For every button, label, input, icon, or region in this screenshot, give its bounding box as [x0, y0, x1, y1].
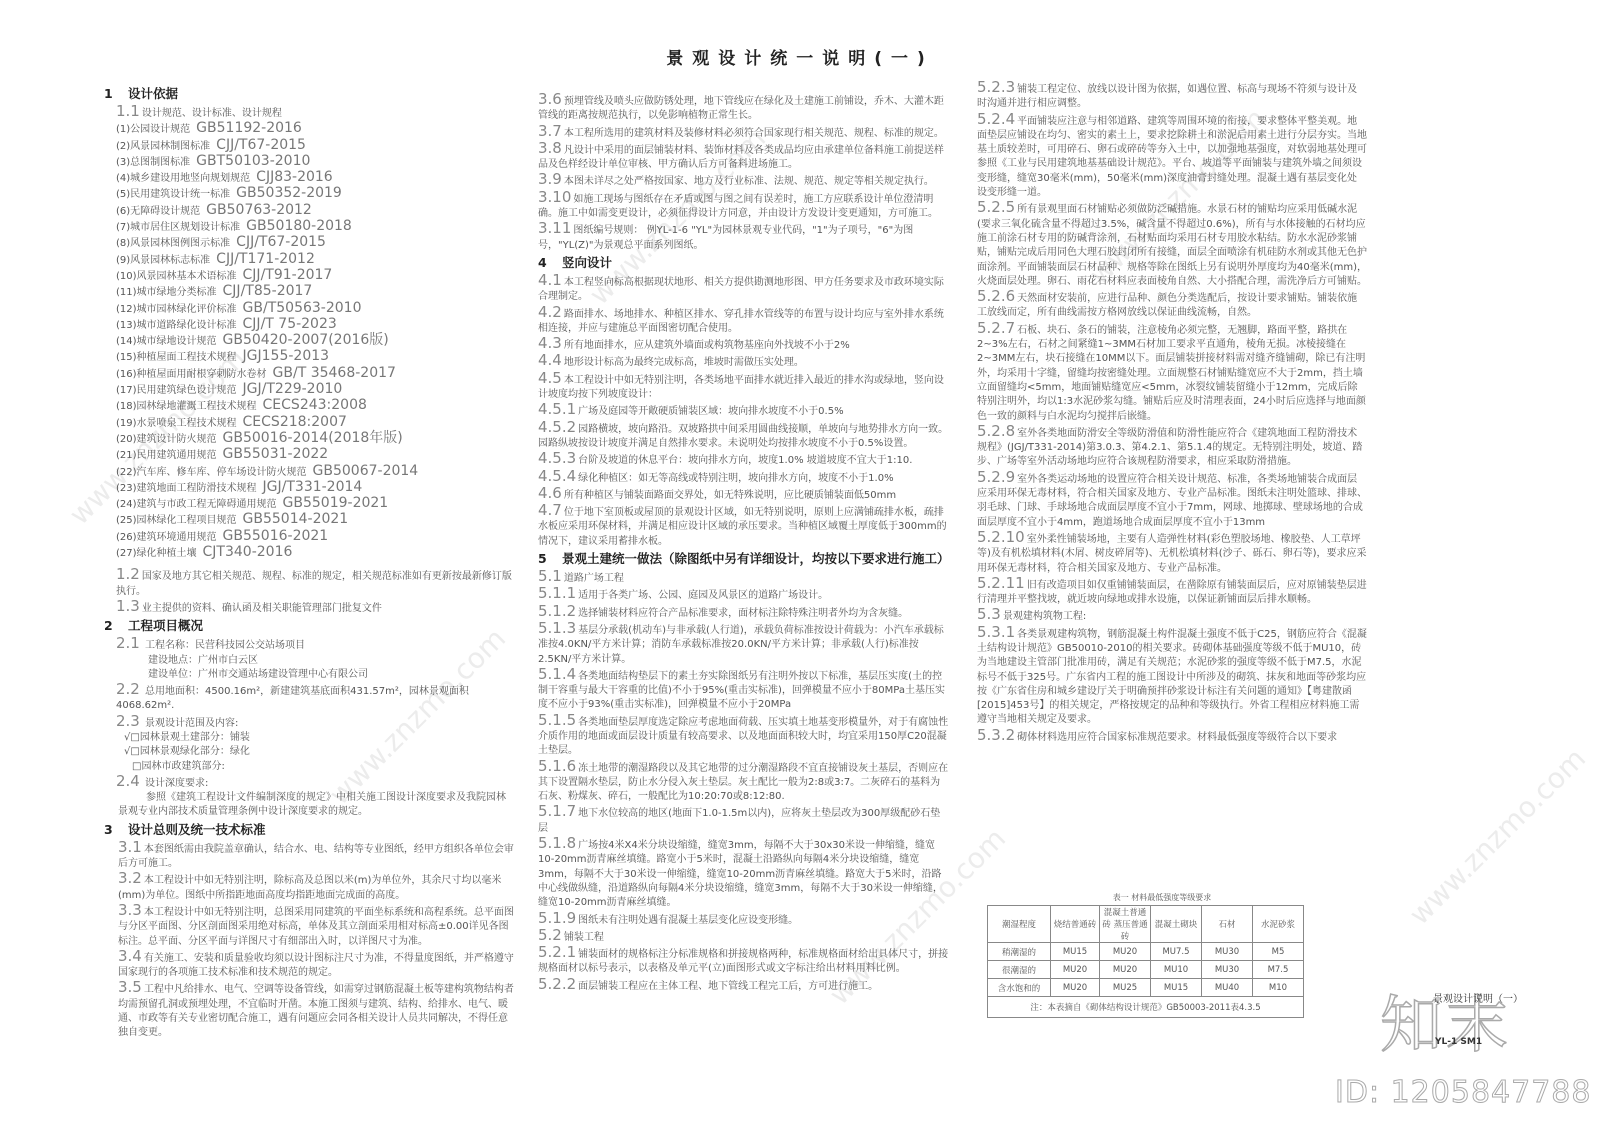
table-note: 注：本表摘自《砌体结构设计规范》GB50003-2011表4.3.5	[988, 997, 1304, 1018]
item-text: 预埋管线及喷头应做防锈处理，地下管线应在绿化及土建施工前铺设，乔木、大灌木距管线…	[538, 96, 944, 121]
section-2-heading: 2工程项目概况	[104, 618, 514, 634]
standard-code: JGJ155-2013	[243, 348, 330, 364]
column-2: 3.6预埋管线及喷头应做防锈处理，地下管线应在绿化及土建施工前铺设，乔木、大灌木…	[538, 92, 950, 994]
standard-name: 总图制图标准	[130, 157, 190, 168]
standard-name: 园林绿地灌溉工程技术规程	[137, 401, 257, 412]
item-text: 铺装工程定位、放线以设计图为依据，如遇位置、标高与现场不符须与设计及时沟通并进行…	[977, 84, 1357, 109]
standard-code: CJJ/T171-2012	[216, 251, 315, 267]
item-text: 铺装面材的规格标注分标准规格和拼接规格两种，标准规格面材给出具体尺寸，拼接规格面…	[538, 949, 948, 974]
standard-name: 无障碍设计规范	[130, 206, 200, 217]
list-item: 3.2本工程设计中如无特别注明，除标高及总图以米(m)为单位外，其余尺寸均以毫米…	[118, 871, 514, 903]
standard-name: 汽车库、修车库、停车场设计防火规范	[137, 467, 307, 478]
standard-index: (6)	[116, 206, 130, 217]
standard-index: (5)	[116, 189, 130, 200]
table-cell: MU20	[1100, 943, 1151, 961]
material-strength-table: 潮湿程度 烧结普通砖 混凝土普通砖 蒸压普通砖 混凝土砌块 石材 水泥砂浆 稍潮…	[987, 905, 1304, 1018]
item-number: 4.3	[538, 334, 562, 352]
table-cell: MU40	[1202, 979, 1253, 997]
list-item: 5.2.6天然面材安装前，应进行品种、颜色分类选配后，按设计要求铺贴。铺装依施工…	[977, 289, 1367, 321]
watermark-id: ID: 1205847788	[1335, 1075, 1591, 1110]
list-item: 4.7位于地下室顶板或屋顶的景观设计区域，如无特别说明，原则上应满铺疏排水板，疏…	[538, 503, 950, 549]
item-text: 本工程设计中如无特别注明，各类场地平面排水就近排入最近的排水沟或绿地，竖向设计坡…	[538, 375, 944, 400]
item-text: 所有种植区与铺装面路面交界处，如无特殊说明，应比硬质铺装面低50mm	[564, 490, 896, 501]
item-text: 园路横坡，坡向路沿。双坡路拱中间采用圆曲线接顺，单坡向与地势排水方向一致。园路纵…	[538, 424, 948, 449]
item-number: 3.6	[538, 90, 562, 108]
standard-name: 绿化种植土壤	[137, 548, 197, 559]
list-item: 5.1.5各类地面垫层厚度选定除应考虑地面荷载、压实填土地基变形模量外，对于有腐…	[538, 713, 950, 759]
standard-item: (23)建筑地面工程防滑技术规程JGJ/T331-2014	[104, 480, 514, 496]
item-text: 室外柔性铺装场地，主要有人造弹性材料(彩色塑胶场地、橡胶垫、人工草坪等)及有机松…	[977, 534, 1367, 574]
standard-name: 园林绿化工程项目规范	[137, 515, 237, 526]
standard-index: (3)	[116, 157, 130, 168]
list-item: 4.6所有种植区与铺装面路面交界处，如无特殊说明，应比硬质铺装面低50mm	[538, 486, 950, 503]
standard-code: CJJ/T 75-2023	[243, 316, 337, 332]
standard-code: JGJ/T331-2014	[263, 479, 363, 495]
item-number: 4.5.1	[538, 400, 576, 418]
standard-code: CJJ/T67-2015	[236, 234, 326, 250]
standard-index: (2)	[116, 141, 130, 152]
item-number: 3.2	[118, 869, 142, 887]
table-cell: MU15	[1151, 979, 1202, 997]
watermark-logo: 知末	[1380, 975, 1512, 1064]
standard-item: (17)民用建筑绿色设计规范JGJ/T229-2010	[104, 382, 514, 398]
standard-name: 建筑环境通用规范	[137, 532, 217, 543]
list-item: 5.2.3铺装工程定位、放线以设计图为依据，如遇位置、标高与现场不符须与设计及时…	[977, 80, 1367, 112]
standard-item: (4)城乡建设用地竖向规划规范CJJ83-2016	[104, 170, 514, 186]
standard-name: 城市园林绿化评价标准	[137, 304, 237, 315]
list-item: 5.3.2砌体材料选用应符合国家标准规范要求。材料最低强度等级符合以下要求	[977, 728, 1367, 745]
item-text: 冻土地带的潮湿路段以及其它地带的过分潮湿路段不宜直接铺设灰土基层，否则应在其下设…	[538, 763, 948, 803]
standard-index: (23)	[116, 483, 137, 494]
list-item: 5.2.11旧有改造项目如仅重铺铺装面层，在凿除原有铺装面层后，应对原铺装垫层进…	[977, 576, 1367, 608]
list-item: 4.5.3台阶及坡道的休息平台：坡向排水方向，坡度1.0% 坡道坡度不宜大于1:…	[538, 451, 950, 468]
table-row: 含水饱和的MU20MU25MU15MU40M10	[988, 979, 1304, 997]
standard-code: GB50016-2014(2018年版)	[223, 430, 403, 446]
item-text: 图纸未有注明处遇有混凝土基层变化应设变形缝。	[578, 915, 798, 926]
list-item: 3.3本工程设计中如无特别注明，总图采用同建筑的平面坐标系统和高程系统。总平面图…	[118, 903, 514, 949]
item-text: 砌体材料选用应符合国家标准规范要求。材料最低强度等级符合以下要求	[1017, 732, 1337, 743]
list-item: 3.6预埋管线及喷头应做防锈处理，地下管线应在绿化及土建施工前铺设，乔木、大灌木…	[538, 92, 950, 124]
section-1-2: 1.2国家及地方其它相关规范、规程、标准的规定，相关规范标准如有更新按最新修订版…	[104, 567, 514, 599]
item-number: 5.3	[977, 605, 1001, 623]
standard-index: (9)	[116, 255, 130, 266]
item-number: 5.3.1	[977, 623, 1015, 641]
item-text: 图纸编号规则： 例YL-1-6 "YL"为园林景观专业代码，"1"为子项号，"6…	[538, 225, 913, 250]
list-item: 4.3所有地面排水，应从建筑外墙面或构筑物基座向外找坡不小于2%	[538, 336, 950, 353]
list-item: 5.2.8室外各类地面防滑安全等级防滑值和防滑性能应符合《建筑地面工程防滑技术规…	[977, 424, 1367, 470]
item-text: 绿化种植区：如无等高线或特别注明，坡向排水方向，坡度不小于1.0%	[578, 473, 893, 484]
table-header: 石材	[1202, 906, 1253, 943]
item-number: 3.5	[118, 978, 142, 996]
section-2-3: 2.3 景观设计范围及内容:	[104, 714, 514, 731]
standard-index: (1)	[116, 124, 130, 135]
standard-item: (16)种植屋面用耐根穿刺防水卷材GB/T 35468-2017	[104, 366, 514, 382]
standard-item: (24)建筑与市政工程无障碍通用规范GB55019-2021	[104, 496, 514, 512]
item-number: 5.2.1	[538, 943, 576, 961]
watermark-text: www.znzmo.com	[1403, 742, 1592, 931]
list-item: 5.2.7石板、块石、条石的铺装，注意棱角必须完整，无翘脚，路面平整，路拱在2~…	[977, 321, 1367, 424]
item-text: 工程中凡给排水、电气、空调等设备管线，如需穿过钢筋混凝土板等建构筑物结构者均需预…	[118, 984, 514, 1038]
table-header: 水泥砂浆	[1253, 906, 1304, 943]
standard-code: CJT340-2016	[203, 544, 293, 560]
standard-item: (9)风景园林标志标准CJJ/T171-2012	[104, 252, 514, 268]
item-text: 广场及庭园等开敞硬质铺装区域：坡向排水坡度不小于0.5%	[578, 406, 843, 417]
item-text: 台阶及坡道的休息平台：坡向排水方向，坡度1.0% 坡道坡度不宜大于1:10.	[578, 455, 912, 466]
standard-name: 风景园林制图标准	[130, 141, 210, 152]
scope-item: □园林市政建筑部分:	[104, 760, 514, 774]
page-title: 景观设计统一说明(一)	[0, 44, 1600, 69]
item-text: 景观建构筑物工程:	[1003, 611, 1086, 622]
list-item: 3.8凡设计中采用的面层铺装材料、装饰材料及各类成品均应由承建单位备料施工前提送…	[538, 141, 950, 173]
list-item: 3.4有关施工、安装和质量验收均须以设计图标注尺寸为准，不得量度图纸，并严格遵守…	[118, 949, 514, 981]
item-number: 5.1.7	[538, 802, 576, 820]
standard-item: (1)公园设计规范GB51192-2016	[104, 121, 514, 137]
item-text: 路面排水、场地排水、种植区排水、穿孔排水管线等的布置与设计均应与室外排水系统相连…	[538, 309, 944, 334]
section-5-heading: 5景观土建统一做法（除图纸中另有详细设计，均按以下要求进行施工）	[538, 551, 950, 567]
standard-code: GB50180-2018	[246, 218, 352, 234]
item-number: 3.1	[118, 838, 142, 856]
table-cell: MU20	[1100, 961, 1151, 979]
standard-item: (19)水景喷泉工程技术规程CECS218:2007	[104, 415, 514, 431]
item-number: 3.11	[538, 219, 571, 237]
standard-index: (11)	[116, 287, 137, 298]
item-number: 5.1.4	[538, 665, 576, 683]
standard-code: GB55031-2022	[223, 446, 329, 462]
item-text: 有关施工、安装和质量验收均须以设计图标注尺寸为准，不得量度图纸，并严格遵守国家现…	[118, 953, 514, 978]
standard-index: (10)	[116, 271, 137, 282]
item-number: 5.2.9	[977, 468, 1015, 486]
item-text: 基层分承载(机动车)与非承载(人行道)，承载负荷标准按设计荷载为：小汽车承载标准…	[538, 625, 944, 665]
item-number: 3.8	[538, 139, 562, 157]
item-number: 4.6	[538, 484, 562, 502]
item-number: 5.2.7	[977, 319, 1015, 337]
table-cell: MU7.5	[1151, 943, 1202, 961]
standard-index: (13)	[116, 320, 137, 331]
standard-index: (7)	[116, 222, 130, 233]
standard-code: CJJ/T85-2017	[223, 283, 313, 299]
item-text: 选择铺装材料应符合产品标准要求，面材标注除特殊注明者外均为含灰缝。	[578, 608, 908, 619]
item-text: 各类景观建构筑物，钢筋混凝土构件混凝土强度不低于C25，钢筋应符合《混凝土结构设…	[977, 629, 1367, 726]
table-cell: 含水饱和的	[988, 979, 1051, 997]
standard-code: GB55014-2021	[243, 511, 349, 527]
standard-name: 水景喷泉工程技术规程	[137, 418, 237, 429]
item-number: 4.2	[538, 303, 562, 321]
standard-index: (22)	[116, 467, 137, 478]
standard-index: (26)	[116, 532, 137, 543]
item-number: 5.2.8	[977, 422, 1015, 440]
scope-item: √□园林景观土建部分：铺装	[104, 731, 514, 745]
item-text: 本工程设计中如无特别注明，总图采用同建筑的平面坐标系统和高程系统。总平面图与分区…	[118, 907, 514, 947]
item-number: 5.2.6	[977, 287, 1015, 305]
standard-index: (12)	[116, 304, 137, 315]
item-number: 5.2.10	[977, 528, 1025, 546]
standard-index: (8)	[116, 238, 130, 249]
standard-item: (26)建筑环境通用规范GB55016-2021	[104, 529, 514, 545]
table-cell: M10	[1253, 979, 1304, 997]
item-number: 5.3.2	[977, 726, 1015, 744]
item-text: 各类地面结构垫层下的素土夯实除图纸另有注明外按以下标准，基层压实度(土的控制干容…	[538, 671, 945, 711]
item-text: 本工程竖向标高根据现状地形、相关方提供勘测地形图、甲方任务要求及市政环境实际合理…	[538, 277, 944, 302]
list-item: 4.1本工程竖向标高根据现状地形、相关方提供勘测地形图、甲方任务要求及市政环境实…	[538, 273, 950, 305]
item-number: 5.2.4	[977, 110, 1015, 128]
standard-item: (7)城市居住区规划设计标准GB50180-2018	[104, 219, 514, 235]
table-cell: MU20	[1051, 961, 1100, 979]
item-number: 5.1.2	[538, 602, 576, 620]
item-number: 4.5	[538, 369, 562, 387]
standard-item: (14)城市绿地设计规范GB50420-2007(2016版)	[104, 333, 514, 349]
section-3-heading: 3设计总则及统一技术标准	[104, 822, 514, 838]
table-row: 稍潮湿的MU15MU20MU7.5MU30M5	[988, 943, 1304, 961]
list-item: 5.2.10室外柔性铺装场地，主要有人造弹性材料(彩色塑胶场地、橡胶垫、人工草坪…	[977, 530, 1367, 576]
standard-name: 城市绿地分类标准	[137, 287, 217, 298]
list-item: 5.3.1各类景观建构筑物，钢筋混凝土构件混凝土强度不低于C25，钢筋应符合《混…	[977, 625, 1367, 728]
item-number: 5.1.6	[538, 757, 576, 775]
standard-item: (3)总图制图标准GBT50103-2010	[104, 154, 514, 170]
item-text: 凡设计中采用的面层铺装材料、装饰材料及各类成品均应由承建单位备料施工前提送样品及…	[538, 145, 944, 170]
table-header: 潮湿程度	[988, 906, 1051, 943]
list-item: 5.2.4平面铺装应注意与相邻道路、建筑等周围环境的衔接，要求整体平整美观。地面…	[977, 112, 1367, 201]
drawing-code: YL-1 SM1	[1435, 1037, 1482, 1047]
standard-name: 城市居住区规划设计标准	[130, 222, 240, 233]
item-number: 5.1.8	[538, 834, 576, 852]
list-item: 5.1.1适用于各类广场、公园、庭园及风景区的道路广场设计。	[538, 586, 950, 603]
table-cell: MU10	[1151, 961, 1202, 979]
standard-item: (10)风景园林基本术语标准CJJ/T91-2017	[104, 268, 514, 284]
section-5-list: 5.1道路广场工程5.1.1适用于各类广场、公园、庭园及风景区的道路广场设计。5…	[538, 569, 950, 994]
item-number: 3.9	[538, 170, 562, 188]
standard-name: 城市绿地设计规范	[137, 336, 217, 347]
item-number: 4.4	[538, 351, 562, 369]
standard-item: (21)民用建筑通用规范GB55031-2022	[104, 447, 514, 463]
list-item: 5.2铺装工程	[538, 928, 950, 945]
standard-item: (25)园林绿化工程项目规范GB55014-2021	[104, 512, 514, 528]
standard-item: (6)无障碍设计规范GB50763-2012	[104, 203, 514, 219]
item-text: 本工程设计中如无特别注明，除标高及总图以米(m)为单位外，其余尺寸均以毫米(mm…	[118, 875, 501, 900]
item-text: 广场按4米X4米分块设缩缝，缝宽3mm，每隔不大于30x30米设一伸缩缝，缝宽1…	[538, 840, 943, 908]
standard-index: (14)	[116, 336, 137, 347]
section-3-list: 3.1本套图纸需由我院盖章确认，结合水、电、结构等专业图纸，经甲方组织各单位会审…	[104, 840, 514, 1041]
table-header: 烧结普通砖	[1051, 906, 1100, 943]
list-item: 3.9本图未详尽之处严格按国家、地方及行业标准、法规、规范、规定等相关规定执行。	[538, 172, 950, 189]
item-text: 室外各类地面防滑安全等级防滑值和防滑性能应符合《建筑地面工程防滑技术规程》(JG…	[977, 428, 1362, 468]
table-cell: MU30	[1202, 943, 1253, 961]
standard-index: (25)	[116, 515, 137, 526]
standard-code: GB50763-2012	[206, 202, 312, 218]
section-2-1: 2.1 工程名称：民营科技园公交站场项目	[104, 636, 514, 653]
standard-code: JGJ/T229-2010	[243, 381, 343, 397]
item-number: 5.2.2	[538, 975, 576, 993]
column-1: 1设计依据 1.1设计规范、设计标准、设计规程 (1)公园设计规范GB51192…	[104, 84, 514, 1041]
item-number: 3.10	[538, 188, 571, 206]
standard-item: (8)风景园林图例图示标准CJJ/T67-2015	[104, 235, 514, 251]
item-text: 所有地面排水，应从建筑外墙面或构筑物基座向外找坡不小于2%	[564, 340, 850, 351]
item-text: 本套图纸需由我院盖章确认，结合水、电、结构等专业图纸，经甲方组织各单位会审后方可…	[118, 844, 514, 869]
standard-code: CJJ/T67-2015	[216, 137, 306, 153]
item-text: 本工程所选用的建筑材料及装修材料必须符合国家现行相关规范、规程、标准的规定。	[564, 128, 944, 139]
standard-code: GB50420-2007(2016版)	[223, 332, 389, 348]
standard-index: (19)	[116, 418, 137, 429]
section-3-list-continued: 3.6预埋管线及喷头应做防锈处理，地下管线应在绿化及土建施工前铺设，乔木、大灌木…	[538, 92, 950, 253]
list-item: 5.2.9室外各类运动场地的设置应符合相关设计规范、标准，各类场地铺装合成面层应…	[977, 470, 1367, 530]
standard-item: (18)园林绿地灌溉工程技术规程CECS243:2008	[104, 398, 514, 414]
item-text: 面层铺装工程应在主体工程、地下管线工程完工后，方可进行施工。	[578, 981, 878, 992]
item-number: 3.4	[118, 947, 142, 965]
item-number: 4.5.4	[538, 467, 576, 485]
section-4-list: 4.1本工程竖向标高根据现状地形、相关方提供勘测地形图、甲方任务要求及市政环境实…	[538, 273, 950, 549]
section-2-4-body: 参照《建筑工程设计文件编制深度的规定》中相关施工图设计深度要求及我院园林景观专业…	[104, 791, 514, 820]
standard-index: (17)	[116, 385, 137, 396]
standard-item: (15)种植屋面工程技术规程JGJ155-2013	[104, 349, 514, 365]
item-number: 5.1.1	[538, 584, 576, 602]
list-item: 3.11图纸编号规则： 例YL-1-6 "YL"为园林景观专业代码，"1"为子项…	[538, 221, 950, 253]
section-2-2: 2.2 总用地面积：4500.16m²，新建建筑基底面积431.57m²，园林景…	[104, 682, 514, 714]
list-item: 4.5.4绿化种植区：如无等高线或特别注明，坡向排水方向，坡度不小于1.0%	[538, 469, 950, 486]
section-2-4: 2.4 设计深度要求:	[104, 774, 514, 791]
table-cell: MU15	[1051, 943, 1100, 961]
standard-name: 风景园林基本术语标准	[137, 271, 237, 282]
standard-name: 种植屋面工程技术规程	[137, 352, 237, 363]
list-item: 5.1.6冻土地带的潮湿路段以及其它地带的过分潮湿路段不宜直接铺设灰土基层，否则…	[538, 759, 950, 805]
column-3: 5.2.3铺装工程定位、放线以设计图为依据，如遇位置、标高与现场不符须与设计及时…	[977, 80, 1367, 745]
item-text: 所有景观里面石材铺贴必须做防泛碱措施。水景石材的铺贴均应采用低碱水泥(要求三氧化…	[977, 204, 1367, 286]
standard-code: CECS218:2007	[243, 414, 347, 430]
item-text: 地形设计标高为最终完成标高，堆坡时需做压实处理。	[564, 357, 804, 368]
list-item: 4.5.1广场及庭园等开敞硬质铺装区域：坡向排水坡度不小于0.5%	[538, 402, 950, 419]
item-text: 地下水位较高的地区(地面下1.0-1.5m以内)，应将灰土垫层改为300厚级配砂…	[538, 808, 940, 833]
table-cell: M7.5	[1253, 961, 1304, 979]
table-cell: 稍潮湿的	[988, 943, 1051, 961]
item-number: 4.5.3	[538, 449, 576, 467]
list-item: 4.4地形设计标高为最终完成标高，堆坡时需做压实处理。	[538, 353, 950, 370]
standard-code: GB50067-2014	[313, 463, 419, 479]
item-number: 5.1	[538, 567, 562, 585]
standard-name: 民用建筑绿色设计规范	[137, 385, 237, 396]
standard-index: (16)	[116, 369, 137, 380]
table-cell: MU25	[1100, 979, 1151, 997]
table-cell: MU20	[1051, 979, 1100, 997]
section-1-heading: 1设计依据	[104, 86, 514, 102]
standard-index: (27)	[116, 548, 137, 559]
standard-name: 建筑与市政工程无障碍通用规范	[137, 499, 277, 510]
item-text: 各类地面垫层厚度选定除应考虑地面荷载、压实填土地基变形模量外，对于有腐蚀性介质作…	[538, 717, 948, 757]
item-number: 5.2.3	[977, 78, 1015, 96]
standard-item: (2)风景园林制图标准CJJ/T67-2015	[104, 138, 514, 154]
standard-code: CECS243:2008	[263, 397, 367, 413]
standard-index: (24)	[116, 499, 137, 510]
list-item: 4.2路面排水、场地排水、种植区排水、穿孔排水管线等的布置与设计均应与室外排水系…	[538, 305, 950, 337]
table-cell: MU30	[1202, 961, 1253, 979]
item-number: 5.1.3	[538, 619, 576, 637]
list-item: 5.1.4各类地面结构垫层下的素土夯实除图纸另有注明外按以下标准，基层压实度(土…	[538, 667, 950, 713]
standard-item: (11)城市绿地分类标准CJJ/T85-2017	[104, 284, 514, 300]
standard-item: (13)城市道路绿化设计标准CJJ/T 75-2023	[104, 317, 514, 333]
standard-code: GB55016-2021	[223, 528, 329, 544]
list-item: 4.5本工程设计中如无特别注明，各类场地平面排水就近排入最近的排水沟或绿地，竖向…	[538, 371, 950, 403]
item-text: 适用于各类广场、公园、庭园及风景区的道路广场设计。	[578, 590, 828, 601]
standard-name: 民用建筑设计统一标准	[130, 189, 230, 200]
list-item: 4.5.2园路横坡，坡向路沿。双坡路拱中间采用圆曲线接顺，单坡向与地势排水方向一…	[538, 420, 950, 452]
item-number: 3.3	[118, 901, 142, 919]
list-item: 5.2.5所有景观里面石材铺贴必须做防泛碱措施。水景石材的铺贴均应采用低碱水泥(…	[977, 200, 1367, 289]
item-text: 如施工现场与图纸存在矛盾或图与图之间有误差时，施工方应联系设计单位澄清明确。施工…	[538, 194, 938, 219]
standard-code: GB51192-2016	[196, 120, 302, 136]
table-title: 表一 材料最低强度等级要求	[987, 892, 1337, 903]
item-text: 本图未详尽之处严格按国家、地方及行业标准、法规、规范、规定等相关规定执行。	[564, 176, 934, 187]
standards-list: (1)公园设计规范GB51192-2016(2)风景园林制图标准CJJ/T67-…	[104, 121, 514, 561]
standard-index: (21)	[116, 450, 137, 461]
standard-item: (5)民用建筑设计统一标准GB50352-2019	[104, 186, 514, 202]
table-note-row: 注：本表摘自《砌体结构设计规范》GB50003-2011表4.3.5	[988, 997, 1304, 1018]
list-item: 3.1本套图纸需由我院盖章确认，结合水、电、结构等专业图纸，经甲方组织各单位会审…	[118, 840, 514, 872]
project-owner: 建设单位：广州市交通站场建设管理中心有限公司	[104, 668, 514, 682]
list-item: 5.1.3基层分承载(机动车)与非承载(人行道)，承载负荷标准按设计荷载为：小汽…	[538, 621, 950, 667]
item-text: 铺装工程	[564, 932, 604, 943]
list-item: 5.1道路广场工程	[538, 569, 950, 586]
item-text: 旧有改造项目如仅重铺铺装面层，在凿除原有铺装面层后，应对原铺装垫层进行清理并平整…	[977, 580, 1367, 605]
item-number: 4.1	[538, 271, 562, 289]
standard-index: (15)	[116, 352, 137, 363]
item-number: 4.7	[538, 501, 562, 519]
table-header-row: 潮湿程度 烧结普通砖 混凝土普通砖 蒸压普通砖 混凝土砌块 石材 水泥砂浆	[988, 906, 1304, 943]
standard-name: 种植屋面用耐根穿刺防水卷材	[137, 369, 267, 380]
item-number: 3.7	[538, 122, 562, 140]
standard-name: 城市道路绿化设计标准	[137, 320, 237, 331]
item-text: 平面铺装应注意与相邻道路、建筑等周围环境的衔接，要求整体平整美观。地面垫层应铺设…	[977, 116, 1367, 198]
section-4-heading: 4竖向设计	[538, 255, 950, 271]
item-text: 道路广场工程	[564, 573, 624, 584]
standard-code: GB/T 35468-2017	[273, 365, 396, 381]
item-text: 石板、块石、条石的铺装，注意棱角必须完整，无翘脚，路面平整，路拱在2~3%左右，…	[977, 325, 1366, 422]
section-1-1: 1.1设计规范、设计标准、设计规程	[104, 104, 514, 121]
list-item: 3.10如施工现场与图纸存在矛盾或图与图之间有误差时，施工方应联系设计单位澄清明…	[538, 190, 950, 222]
standard-code: GB50352-2019	[236, 185, 342, 201]
item-number: 5.2	[538, 926, 562, 944]
list-item: 5.1.7地下水位较高的地区(地面下1.0-1.5m以内)，应将灰土垫层改为30…	[538, 804, 950, 836]
list-item: 5.2.1铺装面材的规格标注分标准规格和拼接规格两种，标准规格面材给出具体尺寸，…	[538, 945, 950, 977]
standard-index: (18)	[116, 401, 137, 412]
standard-item: (12)城市园林绿化评价标准GB/T50563-2010	[104, 301, 514, 317]
section-5-list-continued: 5.2.3铺装工程定位、放线以设计图为依据，如遇位置、标高与现场不符须与设计及时…	[977, 80, 1367, 745]
standard-name: 风景园林图例图示标准	[130, 238, 230, 249]
table-cell: M5	[1253, 943, 1304, 961]
standard-item: (27)绿化种植土壤CJT340-2016	[104, 545, 514, 561]
list-item: 3.5工程中凡给排水、电气、空调等设备管线，如需穿过钢筋混凝土板等建构筑物结构者…	[118, 980, 514, 1040]
standard-code: GBT50103-2010	[196, 153, 310, 169]
item-number: 5.2.11	[977, 574, 1025, 592]
table-row: 很潮湿的MU20MU20MU10MU30M7.5	[988, 961, 1304, 979]
item-number: 5.2.5	[977, 198, 1015, 216]
standard-item: (20)建筑设计防火规范GB50016-2014(2018年版)	[104, 431, 514, 447]
section-1-3: 1.3业主提供的资料、确认函及相关职能管理部门批复文件	[104, 599, 514, 616]
list-item: 5.1.8广场按4米X4米分块设缩缝，缝宽3mm，每隔不大于30x30米设一伸缩…	[538, 836, 950, 910]
item-number: 5.1.9	[538, 909, 576, 927]
list-item: 5.1.2选择铺装材料应符合产品标准要求，面材标注除特殊注明者外均为含灰缝。	[538, 604, 950, 621]
item-text: 室外各类运动场地的设置应符合相关设计规范、标准，各类场地铺装合成面层应采用环保无…	[977, 474, 1367, 528]
list-item: 5.3景观建构筑物工程:	[977, 607, 1367, 624]
standard-item: (22)汽车库、修车库、停车场设计防火规范GB50067-2014	[104, 464, 514, 480]
standard-code: CJJ83-2016	[256, 169, 333, 185]
scope-item: √□园林景观绿化部分：绿化	[104, 745, 514, 759]
standard-code: CJJ/T91-2017	[243, 267, 333, 283]
standard-name: 建筑地面工程防滑技术规程	[137, 483, 257, 494]
project-location: 建设地点：广州市白云区	[104, 654, 514, 668]
item-number: 4.5.2	[538, 418, 576, 436]
table-cell: 很潮湿的	[988, 961, 1051, 979]
standard-name: 公园设计规范	[130, 124, 190, 135]
item-text: 位于地下室顶板或屋顶的景观设计区域，如无特别说明，原则上应满铺疏排水板，疏排水板…	[538, 507, 947, 547]
table-header: 混凝土普通砖 蒸压普通砖	[1100, 906, 1151, 943]
standard-name: 民用建筑通用规范	[137, 450, 217, 461]
